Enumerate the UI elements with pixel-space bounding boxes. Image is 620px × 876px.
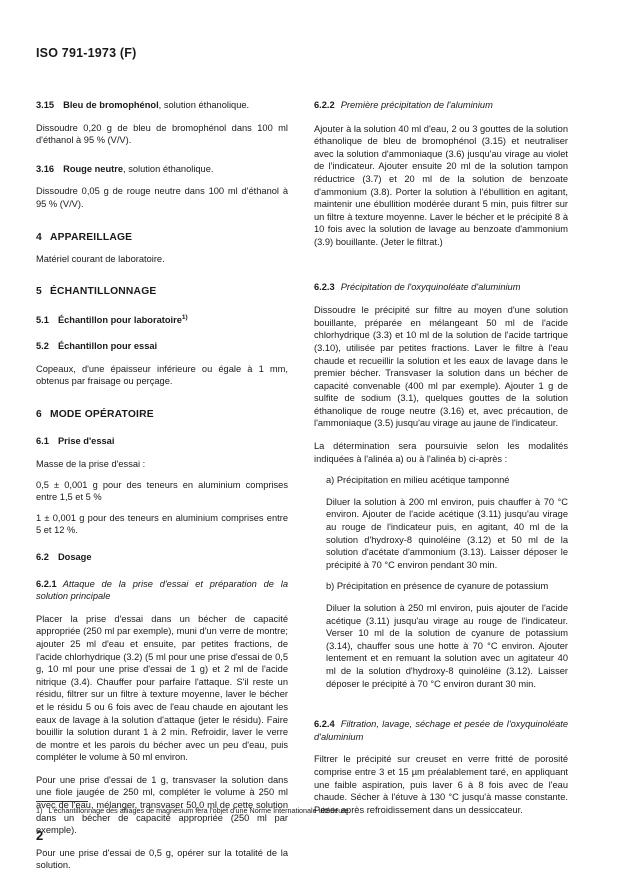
section-5-2-heading: 5.2Échantillon pour essai <box>36 340 288 353</box>
section-3-15-body: Dissoudre 0,20 g de bleu de bromophénol … <box>36 122 288 147</box>
section-6-2-1-heading: 6.2.1Attaque de la prise d'essai et prép… <box>36 578 288 603</box>
section-5-1-heading: 5.1Échantillon pour laboratoire1) <box>36 312 288 327</box>
section-6-1-item-1: 0,5 ± 0,001 g pour des teneurs en alumin… <box>36 479 288 504</box>
footnote-ref[interactable]: 1) <box>182 314 188 321</box>
option-a-label: a) Précipitation en milieu acétique tamp… <box>314 474 568 487</box>
section-6-2-2-heading: 6.2.2Première précipitation de l'alumini… <box>314 99 568 112</box>
section-6-heading: 6MODE OPÉRATOIRE <box>36 409 288 422</box>
page-number: 2 <box>36 828 43 843</box>
section-6-2-4-heading: 6.2.4Filtration, lavage, séchage et pesé… <box>314 718 568 743</box>
section-6-1-item-2: 1 ± 0,001 g pour des teneurs en aluminiu… <box>36 512 288 537</box>
section-5-heading: 5ÉCHANTILLONNAGE <box>36 286 288 299</box>
section-3-16-body: Dissoudre 0,05 g de rouge neutre dans 10… <box>36 185 288 210</box>
option-b-label: b) Précipitation en présence de cyanure … <box>314 580 568 593</box>
section-6-2-heading: 6.2Dosage <box>36 551 288 564</box>
section-6-1-intro: Masse de la prise d'essai : <box>36 458 288 471</box>
section-6-2-4-body: Filtrer le précipité sur creuset en verr… <box>314 753 568 816</box>
option-b-body: Diluer la solution à 250 ml environ, pui… <box>314 602 568 690</box>
option-a-body: Diluer la solution à 200 ml environ, pui… <box>314 496 568 572</box>
footnote: 1)L'échantillonnage des alliages de magn… <box>36 806 351 815</box>
section-6-2-3-heading: 6.2.3Précipitation de l'oxyquinoléate d'… <box>314 281 568 294</box>
section-6-2-3-para-1: Dissoudre le précipité sur filtre au moy… <box>314 304 568 430</box>
section-6-2-1-para-3: Pour une prise d'essai de 0,5 g, opérer … <box>36 847 288 872</box>
section-6-1-heading: 6.1Prise d'essai <box>36 435 288 448</box>
section-4-heading: 4APPAREILLAGE <box>36 232 288 245</box>
document-header: ISO 791-1973 (F) <box>36 46 136 60</box>
section-3-16-heading: 3.16Rouge neutre, solution éthanolique. <box>36 163 288 176</box>
left-column: 3.15Bleu de bromophénol, solution éthano… <box>36 99 288 872</box>
right-column: 6.2.2Première précipitation de l'alumini… <box>314 99 568 816</box>
section-6-2-3-para-2: La détermination sera poursuivie selon l… <box>314 440 568 465</box>
section-6-2-2-body: Ajouter à la solution 40 ml d'eau, 2 ou … <box>314 123 568 249</box>
section-6-2-1-para-1: Placer la prise d'essai dans un bécher d… <box>36 613 288 764</box>
footnote-divider <box>36 801 88 802</box>
section-3-15-heading: 3.15Bleu de bromophénol, solution éthano… <box>36 99 288 112</box>
section-4-body: Matériel courant de laboratoire. <box>36 253 288 266</box>
section-5-2-body: Copeaux, d'une épaisseur inférieure ou é… <box>36 363 288 388</box>
